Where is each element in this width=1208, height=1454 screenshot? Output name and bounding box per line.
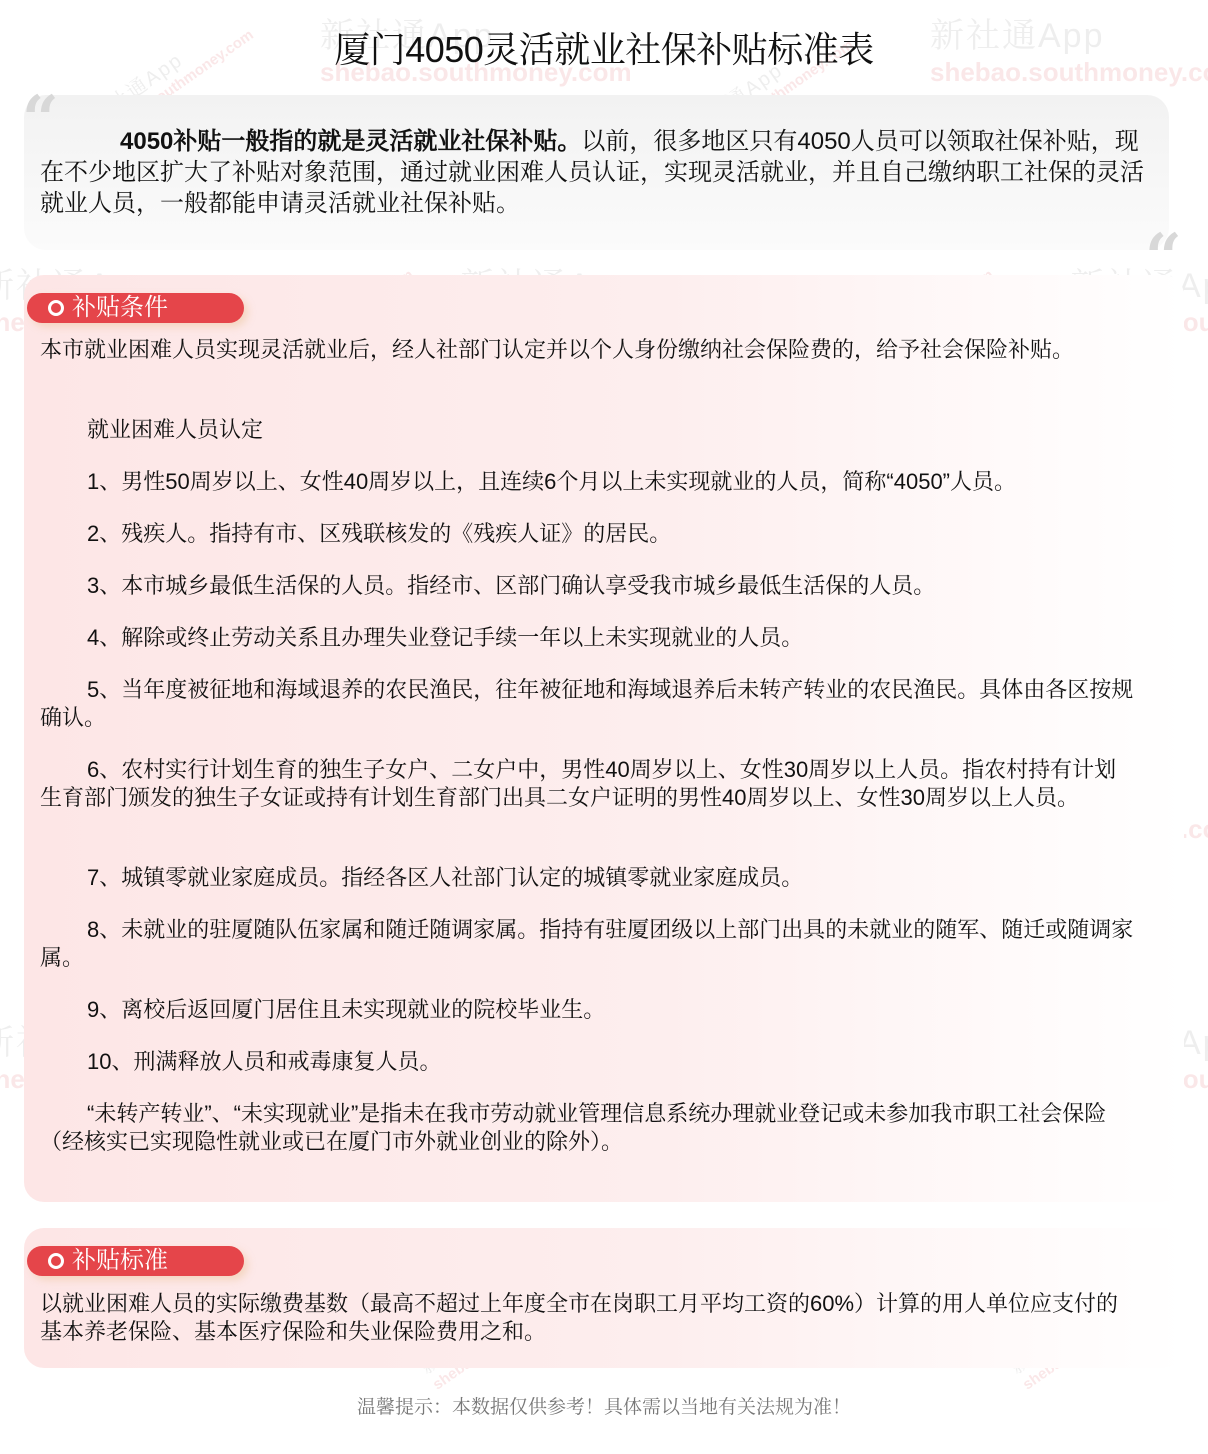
list-item: 5、当年度被征地和海域退养的农民渔民，往年被征地和海域退养后未转产转业的农民渔民… bbox=[40, 676, 1135, 732]
paragraph: 本市就业困难人员实现灵活就业后，经人社部门认定并以个人身份缴纳社会保险费的，给予… bbox=[40, 336, 1135, 364]
list-item: 9、离校后返回厦门居住且未实现就业的院校毕业生。 bbox=[40, 996, 1135, 1024]
list-item: 2、残疾人。指持有市、区残联核发的《残疾人证》的居民。 bbox=[40, 520, 1135, 548]
intro-bold: 4050补贴一般指的就是灵活就业社保补贴。 bbox=[120, 128, 581, 155]
close-quote-icon: “ bbox=[1145, 226, 1182, 290]
paragraph: 以就业困难人员的实际缴费基数（最高不超过上年度全市在岗职工月平均工资的60%）计… bbox=[40, 1290, 1135, 1346]
paragraph: “未转产转业”、“未实现就业”是指未在我市劳动就业管理信息系统办理就业登记或未参… bbox=[40, 1100, 1135, 1156]
circle-icon bbox=[48, 300, 64, 316]
list-item: 10、刑满释放人员和戒毒康复人员。 bbox=[40, 1048, 1135, 1076]
section-tag-standard: 补贴标准 bbox=[27, 1246, 244, 1276]
list-item: 3、本市城乡最低生活保的人员。指经市、区部门确认享受我市城乡最低生活保的人员。 bbox=[40, 572, 1135, 600]
list-item: 1、男性50周岁以上、女性40周岁以上，且连续6个月以上未实现就业的人员，简称“… bbox=[40, 468, 1135, 496]
footer-note: 温馨提示：本数据仅供参考！具体需以当地有关法规为准！ bbox=[0, 1392, 1208, 1419]
list-item: 8、未就业的驻厦随队伍家属和随迁随调家属。指持有驻厦团级以上部门出具的未就业的随… bbox=[40, 916, 1135, 972]
paragraph: 就业困难人员认定 bbox=[40, 416, 1135, 444]
section-tag-label: 补贴标准 bbox=[72, 1246, 168, 1276]
circle-icon bbox=[48, 1253, 64, 1269]
list-item: 7、城镇零就业家庭成员。指经各区人社部门认定的城镇零就业家庭成员。 bbox=[40, 864, 1135, 892]
section-tag-conditions: 补贴条件 bbox=[27, 293, 244, 323]
list-item: 4、解除或终止劳动关系且办理失业登记手续一年以上未实现就业的人员。 bbox=[40, 624, 1135, 652]
intro-text: 4050补贴一般指的就是灵活就业社保补贴。以前，很多地区只有4050人员可以领取… bbox=[40, 126, 1150, 219]
page-title: 厦门4050灵活就业社保补贴标准表 bbox=[0, 22, 1208, 73]
section-tag-label: 补贴条件 bbox=[72, 293, 168, 323]
list-item: 6、农村实行计划生育的独生子女户、二女户中，男性40周岁以上、女性30周岁以上人… bbox=[40, 756, 1135, 812]
